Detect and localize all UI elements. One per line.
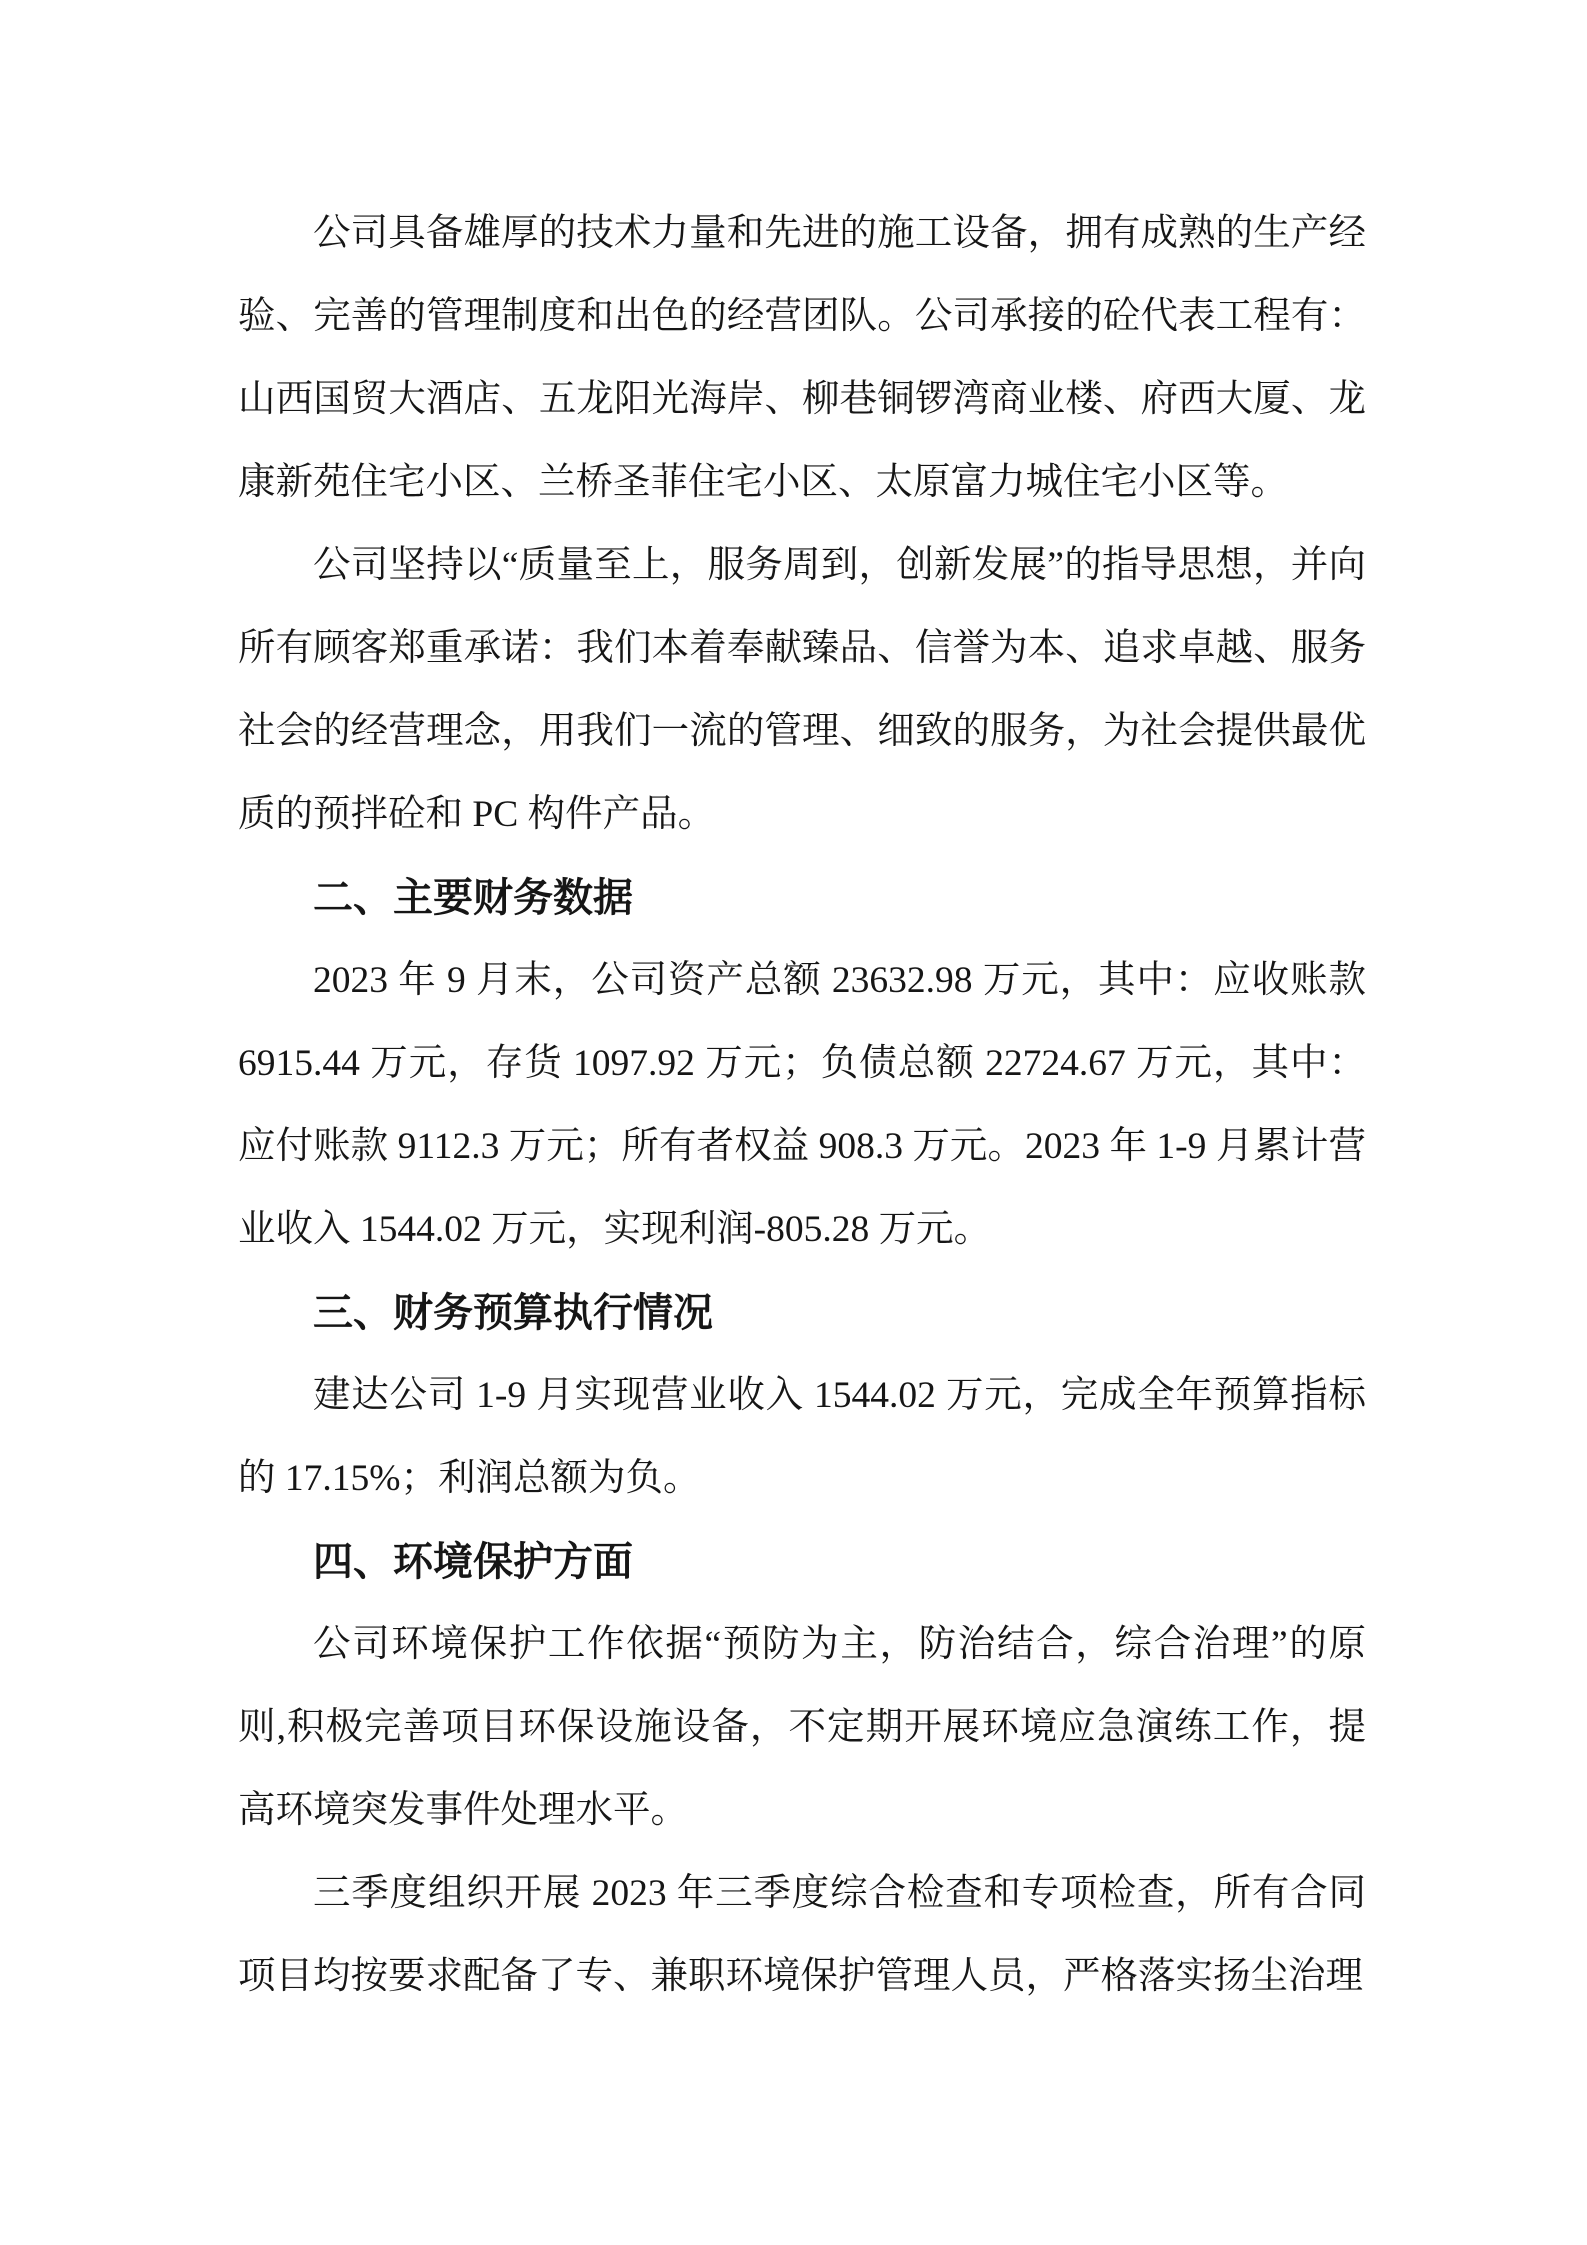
paragraph: 建达公司 1-9 月实现营业收入 1544.02 万元，完成全年预算指标的 17… (238, 1354, 1366, 1520)
document-body: 公司具备雄厚的技术力量和先进的施工设备，拥有成熟的生产经验、完善的管理制度和出色… (238, 192, 1366, 2018)
paragraph: 三季度组织开展 2023 年三季度综合检查和专项检查，所有合同项目均按要求配备了… (238, 1852, 1366, 2018)
section-heading: 四、环境保护方面 (238, 1520, 1366, 1603)
paragraph: 公司具备雄厚的技术力量和先进的施工设备，拥有成熟的生产经验、完善的管理制度和出色… (238, 192, 1366, 524)
paragraph: 2023 年 9 月末，公司资产总额 23632.98 万元，其中：应收账款 6… (238, 939, 1366, 1271)
section-heading: 二、主要财务数据 (238, 856, 1366, 939)
document-page: 公司具备雄厚的技术力量和先进的施工设备，拥有成熟的生产经验、完善的管理制度和出色… (0, 0, 1587, 2245)
section-heading: 三、财务预算执行情况 (238, 1271, 1366, 1354)
paragraph: 公司坚持以“质量至上，服务周到，创新发展”的指导思想，并向所有顾客郑重承诺：我们… (238, 524, 1366, 856)
paragraph: 公司环境保护工作依据“预防为主，防治结合，综合治理”的原则,积极完善项目环保设施… (238, 1603, 1366, 1852)
